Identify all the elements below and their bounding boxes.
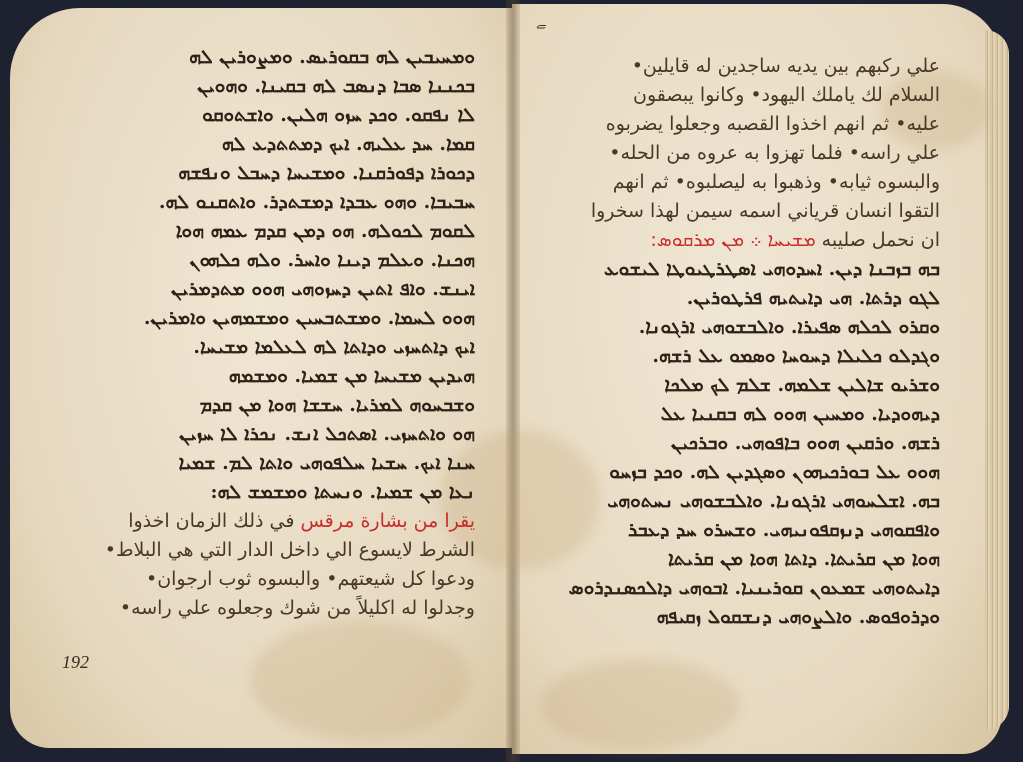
right-line: ܕܝܗܘܕܝܐ. ܘܡܚܝܢ ܗܘܘ ܠܗ ܒܩܢܝܐ ܥܠ [545, 400, 940, 429]
right-line: التقوا انسان قرياني اسمه سيمن لهذا سخروا [545, 197, 940, 226]
right-line: ܠܓܘ ܕܪܬܐ. ܗܝ ܕܐܝܬܝܗ ܦܪܛܘܪܝܢ. [545, 284, 940, 313]
right-line: السلام لك ياملك اليهود• وكانوا يبصقون [545, 81, 940, 110]
left-line: ܩܡܐ. ܚܕ ܥܠܝܗ. ܐܝܟ ܕܡܬܬܕܥ ܠܗ [95, 130, 475, 159]
water-stain [250, 620, 470, 740]
right-line: ܘܩܪܘ ܠܟܠܗ ܣܦܝܪܐ. ܘܐܠܒܫܘܗܝ ܐܪܓܘܢܐ. [545, 313, 940, 342]
line-text: ان نحمل صليبه [816, 229, 940, 251]
left-line: ܗܟܢܐ. ܘܥܠܡ ܕܝܢܐ ܘܐܚܪ. ܘܠܗ ܟܠܗܘܢ [95, 246, 475, 275]
right-line: ܗܘܘ ܥܠ ܒܘܪܟܝܗܘܢ ܘܣܓܕܝܢ ܠܗ. ܘܟܕ ܒܙܚܘ [545, 458, 940, 487]
left-page-text: ܘܡܚܝܒܝܢ ܠܗ ܒܩܘܪܝܣ. ܘܡܨܘܪܝܢ ܠܗܒܟܢܢܐ ܣܒܐ ܕ… [95, 43, 475, 623]
left-line: ܐܝܢܫ. ܘܐܦ ܐܬܝܢ ܕܚܙܘܗܝ ܗܘܘ ܡܬܕܡܪܝܢ [95, 275, 475, 304]
right-line: علي ركبهم بين يديه ساجدين له قايلين• [545, 52, 940, 81]
left-line: ܘܫܒܚܘܗ ܠܡܪܝܐ. ܚܫܫܐ ܗܘܐ ܡܢ ܩܕܡ [95, 391, 475, 420]
right-line: عليه• ثم انهم اخذوا القصبه وجعلوا يضربوه [545, 110, 940, 139]
left-line: ܚܢܐ ܐܝܟ. ܚܫܝܐ ܚܠܦܘܗܝ ܘܐܬܐ ܠܡ. ܫܡܝܐ [95, 449, 475, 478]
left-line: ودعوا كل شيعتهم• والبسوه ثوب ارجوان• [95, 565, 475, 594]
right-line: ܕܐܝܬܘܗܝ ܫܡܥܘܢ ܩܘܪܝܢܝܐ. ܐܒܘܗܝ ܕܐܠܟܣܢܕܪܘܣ [545, 574, 940, 603]
left-line: ܠܐ ܢܦܩܘ. ܘܟܕ ܚܙܘ ܗܠܝܢ. ܘܐܫܬܘܩܘ [95, 101, 475, 130]
left-line: ܒܟܢܢܐ ܣܒܐ ܕܢܣܒ ܠܗ ܒܩܝܢܐ. ܘܗܘܝܢ [95, 72, 475, 101]
corner-mark: ﮯ [536, 14, 546, 30]
folio-number: 192 [62, 652, 89, 673]
right-line: ܘܫܪܝܘ ܫܐܠܝܢ ܫܠܡܗ. ܫܠܡ ܠܟ ܡܠܟܐ [545, 371, 940, 400]
left-line: ܚܒܝܒܐ. ܘܗܘ ܥܒܕܐ ܕܡܫܬܕܪ. ܘܐܬܩܢܘ ܠܗ. [95, 188, 475, 217]
right-line: ܒܗ ܒܙܒܢܐ ܕܝܢ. ܐܚܕܘܗܝ ܐܣܛܪܛܝܘܛܐ ܠܝܫܘܥ [545, 255, 940, 284]
right-line: ܗܘܐ ܡܢ ܩܪܝܬܐ. ܕܐܬܐ ܗܘܐ ܡܢ ܩܪܝܬܐ [545, 545, 940, 574]
line-text: في ذلك الزمان اخذوا [128, 510, 300, 532]
left-line: وجدلوا له اكليلاً من شوك وجعلوه علي راسه… [95, 594, 475, 623]
left-line: الشرط لايسوع الي داخل الدار التي هي البل… [95, 536, 475, 565]
right-line: ܘܐܦܩܘܗܝ ܕܢܙܩܦܘܢܝܗܝ. ܘܫܚܪܘ ܚܕ ܕܥܒܪ [545, 516, 940, 545]
left-line: ܢܥܐ ܡܢ ܫܡܝܐ. ܘܢܚܬܐ ܘܡܫܡܫ ܠܗ: [95, 478, 475, 507]
left-line: ܗܘ ܘܐܬܚܙܝ. ܐܣܬܟܠ ܐܢܫ. ܢܟܪܐ ܠܐ ܚܙܝܢ [95, 420, 475, 449]
right-line: علي راسه• فلما تهزوا به عروه من الحله• [545, 139, 940, 168]
rubric-text: يقرا من بشارة مرقس [300, 510, 475, 532]
right-line: ان نحمل صليبه ܡܫܝܚܐ ܀ ܡܢ ܡܪܩܘܣ: [545, 226, 940, 255]
left-line: ܠܩܘܡ ܠܟܘܠܗ. ܗܘ ܕܡܢ ܩܕܡ ܥܡܗ ܗܘܐ [95, 217, 475, 246]
gutter [506, 0, 520, 762]
water-stain [540, 660, 740, 750]
left-line: ܕܟܘܪܐ ܕܦܘܪܩܢܐ. ܘܡܫܝܚܐ ܕܚܒܠ ܘܢܦܫܗ [95, 159, 475, 188]
left-line: يقرا من بشارة مرقس في ذلك الزمان اخذوا [95, 507, 475, 536]
right-page-text: علي ركبهم بين يديه ساجدين له قايلين•السل… [545, 52, 940, 632]
right-line: ܪܫܗ. ܘܪܩܝܢ ܗܘܘ ܒܐܦܘܗܝ. ܘܒܪܟܝܢ [545, 429, 940, 458]
left-line: ܐܝܟ ܕܐܬܚܙܝ ܘܕܐܬܐ ܠܗ ܠܥܠܡܐ ܡܫܝܚܐ. [95, 333, 475, 362]
fore-edge [985, 30, 1009, 730]
left-line: ܘܡܚܝܒܝܢ ܠܗ ܒܩܘܪܝܣ. ܘܡܨܘܪܝܢ ܠܗ [95, 43, 475, 72]
rubric-text: ܡܫܝܚܐ ܀ ܡܢ ܡܪܩܘܣ: [650, 229, 815, 251]
right-line: ܘܓܕܠܘ ܟܠܝܠܐ ܕܚܘܚܐ ܘܣܡܘ ܥܠ ܪܫܗ. [545, 342, 940, 371]
right-line: والبسوه ثيابه• وذهبوا به ليصلبوه• ثم انه… [545, 168, 940, 197]
right-line: ܒܗ. ܐܫܠܚܘܗܝ ܐܪܓܘܢܐ. ܘܐܠܒܫܘܗܝ ܢܚܬܘܗܝ [545, 487, 940, 516]
right-line: ܘܕܪܘܦܘܣ. ܘܐܠܨܘܗܝ ܕܢܫܩܘܠ ܙܩܝܦܗ [545, 603, 940, 632]
left-line: ܗܘܘ ܠܚܡܐ. ܘܡܫܬܒܚܝܢ ܘܡܫܡܗܝܢ ܘܐܡܪܝܢ. [95, 304, 475, 333]
left-line: ܗܝܕܝܢ ܡܫܝܚܐ ܡܢ ܫܡܝܐ. ܘܡܫܡܗ [95, 362, 475, 391]
